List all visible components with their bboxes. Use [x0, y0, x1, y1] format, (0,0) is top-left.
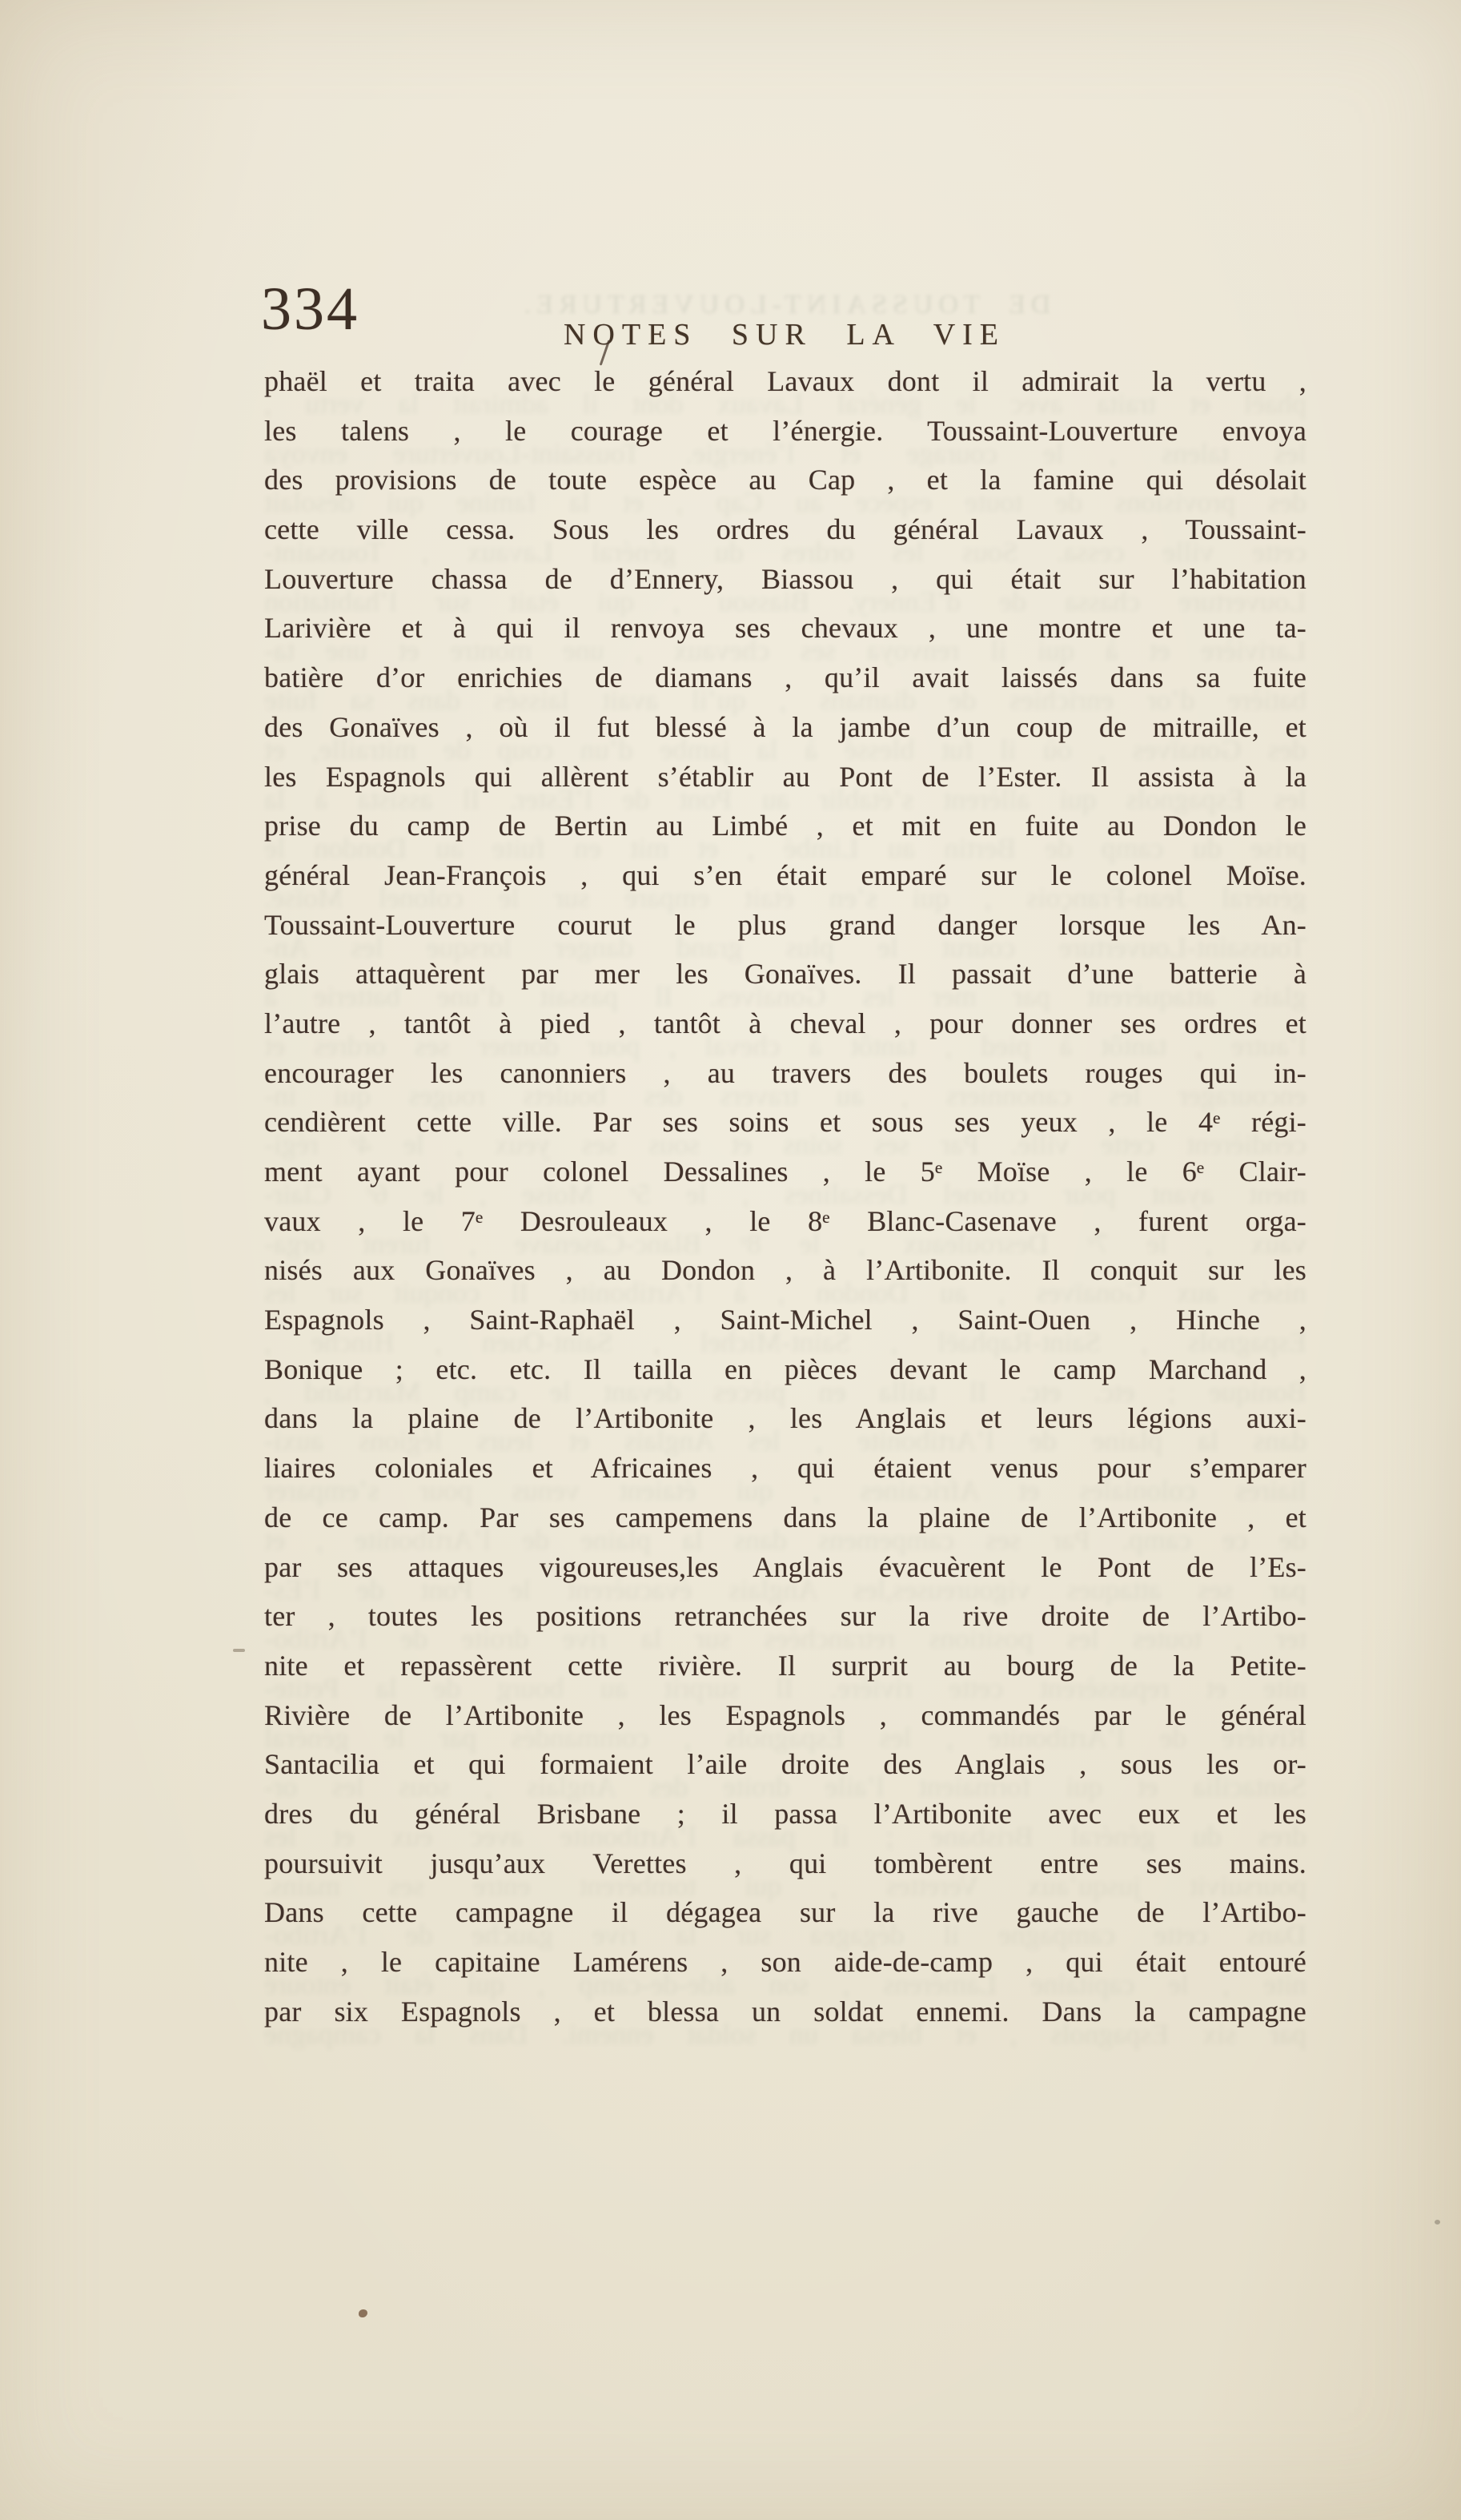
body-text-line: Santacilia et qui formaient l’aile droit… — [264, 1740, 1306, 1790]
body-text-line: nite , le capitaine Lamérens , son aide-… — [264, 1938, 1306, 1987]
body-text-line: phaël et traita avec le général Lavaux d… — [264, 357, 1306, 407]
body-text-line: Rivière de l’Artibonite , les Espagnols … — [264, 1691, 1306, 1741]
body-text-line: Bonique ; etc. etc. Il tailla en pièces … — [264, 1345, 1306, 1395]
body-text-line: Larivière et à qui il renvoya ses chevau… — [264, 604, 1306, 653]
body-text-line: Espagnols , Saint-Raphaël , Saint-Michel… — [264, 1296, 1306, 1345]
book-page-scan: DE TOUSSAINT-LOUVERTURE. phaël et traita… — [0, 0, 1461, 2520]
body-text-line: par six Espagnols , et blessa un soldat … — [264, 1987, 1306, 2037]
margin-ink-dash — [233, 1649, 245, 1652]
body-text-line: dans la plaine de l’Artibonite , les Ang… — [264, 1394, 1306, 1444]
body-text-line: prise du camp de Bertin au Limbé , et mi… — [264, 802, 1306, 851]
body-text-line: Dans cette campagne il dégagea sur la ri… — [264, 1888, 1306, 1938]
body-text-line: nisés aux Gonaïves , au Dondon , à l’Art… — [264, 1246, 1306, 1296]
body-text-line: l’autre , tantôt à pied , tantôt à cheva… — [264, 999, 1306, 1049]
body-text-line: général Jean-François , qui s’en était e… — [264, 851, 1306, 901]
body-text-line: poursuivit jusqu’aux Verettes , qui tomb… — [264, 1839, 1306, 1889]
running-header: NOTES SUR LA VIE — [264, 317, 1305, 354]
body-text-line: des provisions de toute espèce au Cap , … — [264, 456, 1306, 505]
body-text-line: Toussaint-Louverture courut le plus gran… — [264, 901, 1306, 951]
body-text-line: cendièrent cette ville. Par ses soins et… — [264, 1098, 1306, 1147]
body-text-line: liaires coloniales et Africaines , qui é… — [264, 1444, 1306, 1493]
body-text-line: batière d’or enrichies de diamans , qu’i… — [264, 653, 1306, 703]
body-text-line: ment ayant pour colonel Dessalines , le … — [264, 1147, 1306, 1197]
body-text-line: ter , toutes les positions retranchées s… — [264, 1592, 1306, 1642]
body-text: phaël et traita avec le général Lavaux d… — [264, 357, 1306, 2036]
ink-speck — [1435, 2220, 1440, 2225]
body-text-line: des Gonaïves , où il fut blessé à la jam… — [264, 703, 1306, 753]
body-text-line: par ses attaques vigoureuses,les Anglais… — [264, 1543, 1306, 1593]
body-text-line: glais attaquèrent par mer les Gonaïves. … — [264, 950, 1306, 999]
body-text-line: vaux , le 7ᵉ Desrouleaux , le 8ᵉ Blanc-C… — [264, 1197, 1306, 1247]
body-text-line: nite et repassèrent cette rivière. Il su… — [264, 1642, 1306, 1691]
body-text-line: dres du général Brisbane ; il passa l’Ar… — [264, 1790, 1306, 1839]
body-text-line: Louverture chassa de d’Ennery, Biassou ,… — [264, 555, 1306, 605]
body-text-line: de ce camp. Par ses campemens dans la pl… — [264, 1493, 1306, 1543]
ink-speck — [359, 2309, 367, 2317]
body-text-line: les talens , le courage et l’énergie. To… — [264, 407, 1306, 456]
body-text-line: les Espagnols qui allèrent s’établir au … — [264, 753, 1306, 802]
bleed-through-header: DE TOUSSAINT-LOUVERTURE. — [264, 290, 1305, 320]
body-text-line: cette ville cessa. Sous les ordres du gé… — [264, 505, 1306, 555]
body-text-line: encourager les canonniers , au travers d… — [264, 1049, 1306, 1099]
